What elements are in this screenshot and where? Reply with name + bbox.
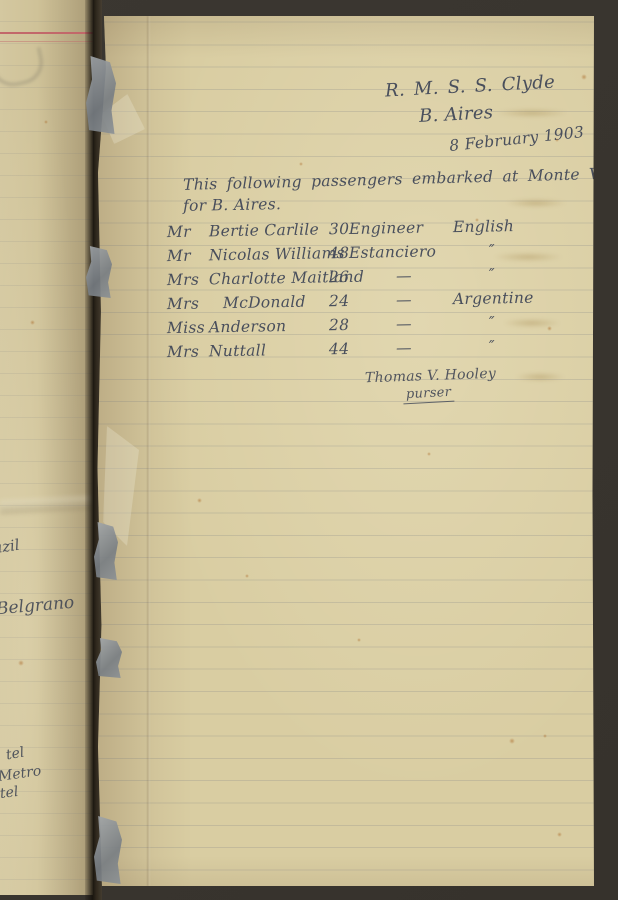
passenger-age: 30 — [329, 220, 350, 238]
passenger-age: 48 — [329, 244, 350, 262]
left-page-fragment-tel-2: tel — [0, 784, 19, 802]
foxing-spot — [509, 738, 515, 744]
passenger-occupation: Estanciero — [349, 242, 459, 262]
passenger-nationality-ditto: ″ — [489, 265, 495, 283]
passenger-name: Bertie Carlile — [209, 220, 319, 240]
manifest-page: R. M. S. S. Clyde B. Aires 8 February 19… — [97, 16, 594, 886]
passenger-occupation: — — [349, 338, 459, 358]
ink-bleed-mark — [493, 252, 563, 262]
passenger-occupation: — — [349, 314, 459, 334]
passenger-title: Mrs — [167, 295, 199, 314]
purser-role: purser — [403, 385, 455, 405]
foxing-spot — [30, 320, 35, 325]
foxing-spot — [475, 218, 479, 222]
passenger-occupation: — — [349, 290, 459, 310]
foxing-spot — [18, 660, 24, 666]
foxing-spot — [357, 638, 361, 642]
ink-bleed-mark — [495, 108, 569, 118]
passenger-name: McDonald — [223, 293, 306, 312]
passenger-name: Anderson — [209, 317, 287, 336]
foxing-spot — [427, 452, 431, 456]
ink-bleed-mark — [515, 372, 565, 382]
foxing-spot — [543, 734, 547, 738]
photographed-ledger-scene: razil Belgrano tel Metro tel R. M. S. S.… — [0, 0, 618, 900]
passenger-age: 28 — [329, 316, 350, 334]
passenger-age: 26 — [329, 268, 350, 286]
foxing-spot — [44, 120, 48, 124]
port-name: B. Aires — [419, 102, 494, 127]
ink-bleed-mark — [505, 198, 567, 208]
passenger-title: Mr — [167, 247, 191, 265]
left-page: razil Belgrano tel Metro tel — [0, 0, 93, 895]
foxing-spot — [299, 162, 303, 166]
passenger-occupation: Engineer — [349, 218, 459, 238]
foxing-spot — [245, 574, 249, 578]
passenger-nationality-ditto: ″ — [489, 313, 495, 331]
foxing-spot — [581, 74, 587, 80]
foxing-spot — [557, 832, 562, 837]
passenger-title: Mrs — [167, 271, 199, 290]
ink-bleed-mark — [503, 318, 561, 328]
passenger-name: Nicolas Williams — [209, 244, 345, 264]
red-margin-line — [0, 32, 93, 34]
passenger-age: 24 — [329, 292, 350, 310]
left-page-fragment-tel-1: tel — [5, 745, 26, 764]
passenger-nationality-ditto: ″ — [489, 337, 495, 355]
passenger-age: 44 — [329, 340, 350, 358]
binding-crease — [147, 16, 150, 886]
passenger-occupation: — — [349, 266, 459, 286]
foxing-spot — [555, 138, 559, 142]
passenger-title: Mr — [167, 223, 191, 241]
intro-line-2: for B. Aires. — [183, 195, 281, 215]
passenger-nationality: Argentine — [453, 289, 534, 308]
red-margin-line-faint — [0, 41, 93, 42]
passenger-title: Mrs — [167, 343, 199, 362]
passenger-title: Miss — [167, 318, 205, 337]
foxing-spot — [197, 498, 202, 503]
foxing-spot — [547, 326, 552, 331]
passenger-name: Nuttall — [209, 341, 267, 360]
passenger-nationality: English — [453, 217, 514, 236]
